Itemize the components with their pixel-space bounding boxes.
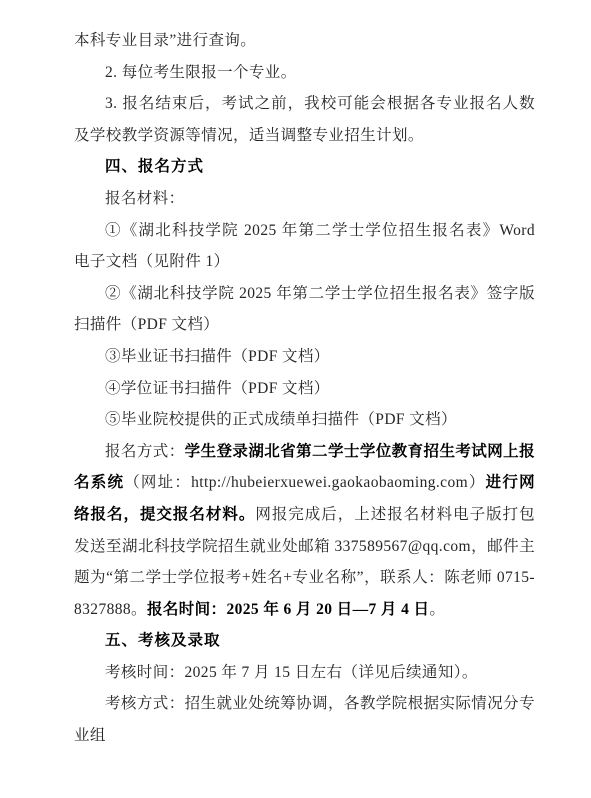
paragraph-material-1-segment-0: ①《湖北科技学院 2025 年第二学士学位招生报名表》Word 电子文档（见附件… [74,222,535,271]
paragraph-material-4-segment-0: ④学位证书扫描件（PDF 文档） [105,380,330,397]
paragraph-item-2-segment-0: 2. 每位考生限报一个专业。 [105,64,297,81]
paragraph-assessment-method: 考核方式：招生就业处统筹协调，各教学院根据实际情况分专业组 [74,688,535,751]
paragraph-registration-method-detail-segment-5: 报名时间：2025 年 6 月 20 日—7 月 4 日 [147,601,429,618]
paragraph-catalog-query-continuation-segment-0: 本科专业目录”进行查询。 [74,32,256,49]
paragraph-material-2-segment-0: ②《湖北科技学院 2025 年第二学士学位招生报名表》签字版扫描件（PDF 文档… [74,285,535,334]
paragraph-materials-label-segment-0: 报名材料： [105,190,185,207]
section-heading-5-assessment-admission: 五、考核及录取 [74,625,535,657]
document-page: 本科专业目录”进行查询。2. 每位考生限报一个专业。3. 报名结束后，考试之前，… [0,0,591,798]
paragraph-registration-method-detail: 报名方式：学生登录湖北省第二学士学位教育招生考试网上报名系统（网址：http:/… [74,436,535,626]
paragraph-material-3-segment-0: ③毕业证书扫描件（PDF 文档） [105,348,330,365]
paragraph-catalog-query-continuation: 本科专业目录”进行查询。 [74,25,535,57]
paragraph-item-3-segment-0: 3. 报名结束后，考试之前，我校可能会根据各专业报名人数及学校教学资源等情况，适… [74,95,535,144]
paragraph-material-5-segment-0: ⑤毕业院校提供的正式成绩单扫描件（PDF 文档） [105,411,457,428]
paragraph-material-4: ④学位证书扫描件（PDF 文档） [74,373,535,405]
paragraph-item-3: 3. 报名结束后，考试之前，我校可能会根据各专业报名人数及学校教学资源等情况，适… [74,88,535,151]
paragraph-registration-method-detail-segment-6: 。 [429,601,445,618]
paragraph-material-1: ①《湖北科技学院 2025 年第二学士学位招生报名表》Word 电子文档（见附件… [74,215,535,278]
paragraph-assessment-time: 考核时间：2025 年 7 月 15 日左右（详见后续通知）。 [74,657,535,689]
paragraph-material-2: ②《湖北科技学院 2025 年第二学士学位招生报名表》签字版扫描件（PDF 文档… [74,278,535,341]
paragraph-material-5: ⑤毕业院校提供的正式成绩单扫描件（PDF 文档） [74,404,535,436]
paragraph-item-2: 2. 每位考生限报一个专业。 [74,57,535,89]
paragraph-registration-method-detail-segment-2: （网址：http://hubeierxuewei.gaokaobaoming.c… [124,474,485,491]
document-body: 本科专业目录”进行查询。2. 每位考生限报一个专业。3. 报名结束后，考试之前，… [74,25,535,752]
section-heading-4-registration-method: 四、报名方式 [74,151,535,183]
paragraph-registration-method-detail-segment-0: 报名方式： [105,443,185,460]
section-heading-5-assessment-admission-segment-0: 五、考核及录取 [105,632,221,649]
paragraph-material-3: ③毕业证书扫描件（PDF 文档） [74,341,535,373]
paragraph-assessment-time-segment-0: 考核时间：2025 年 7 月 15 日左右（详见后续通知）。 [105,664,478,681]
section-heading-4-registration-method-segment-0: 四、报名方式 [105,158,204,175]
paragraph-materials-label: 报名材料： [74,183,535,215]
paragraph-assessment-method-segment-0: 考核方式：招生就业处统筹协调，各教学院根据实际情况分专业组 [74,695,535,744]
